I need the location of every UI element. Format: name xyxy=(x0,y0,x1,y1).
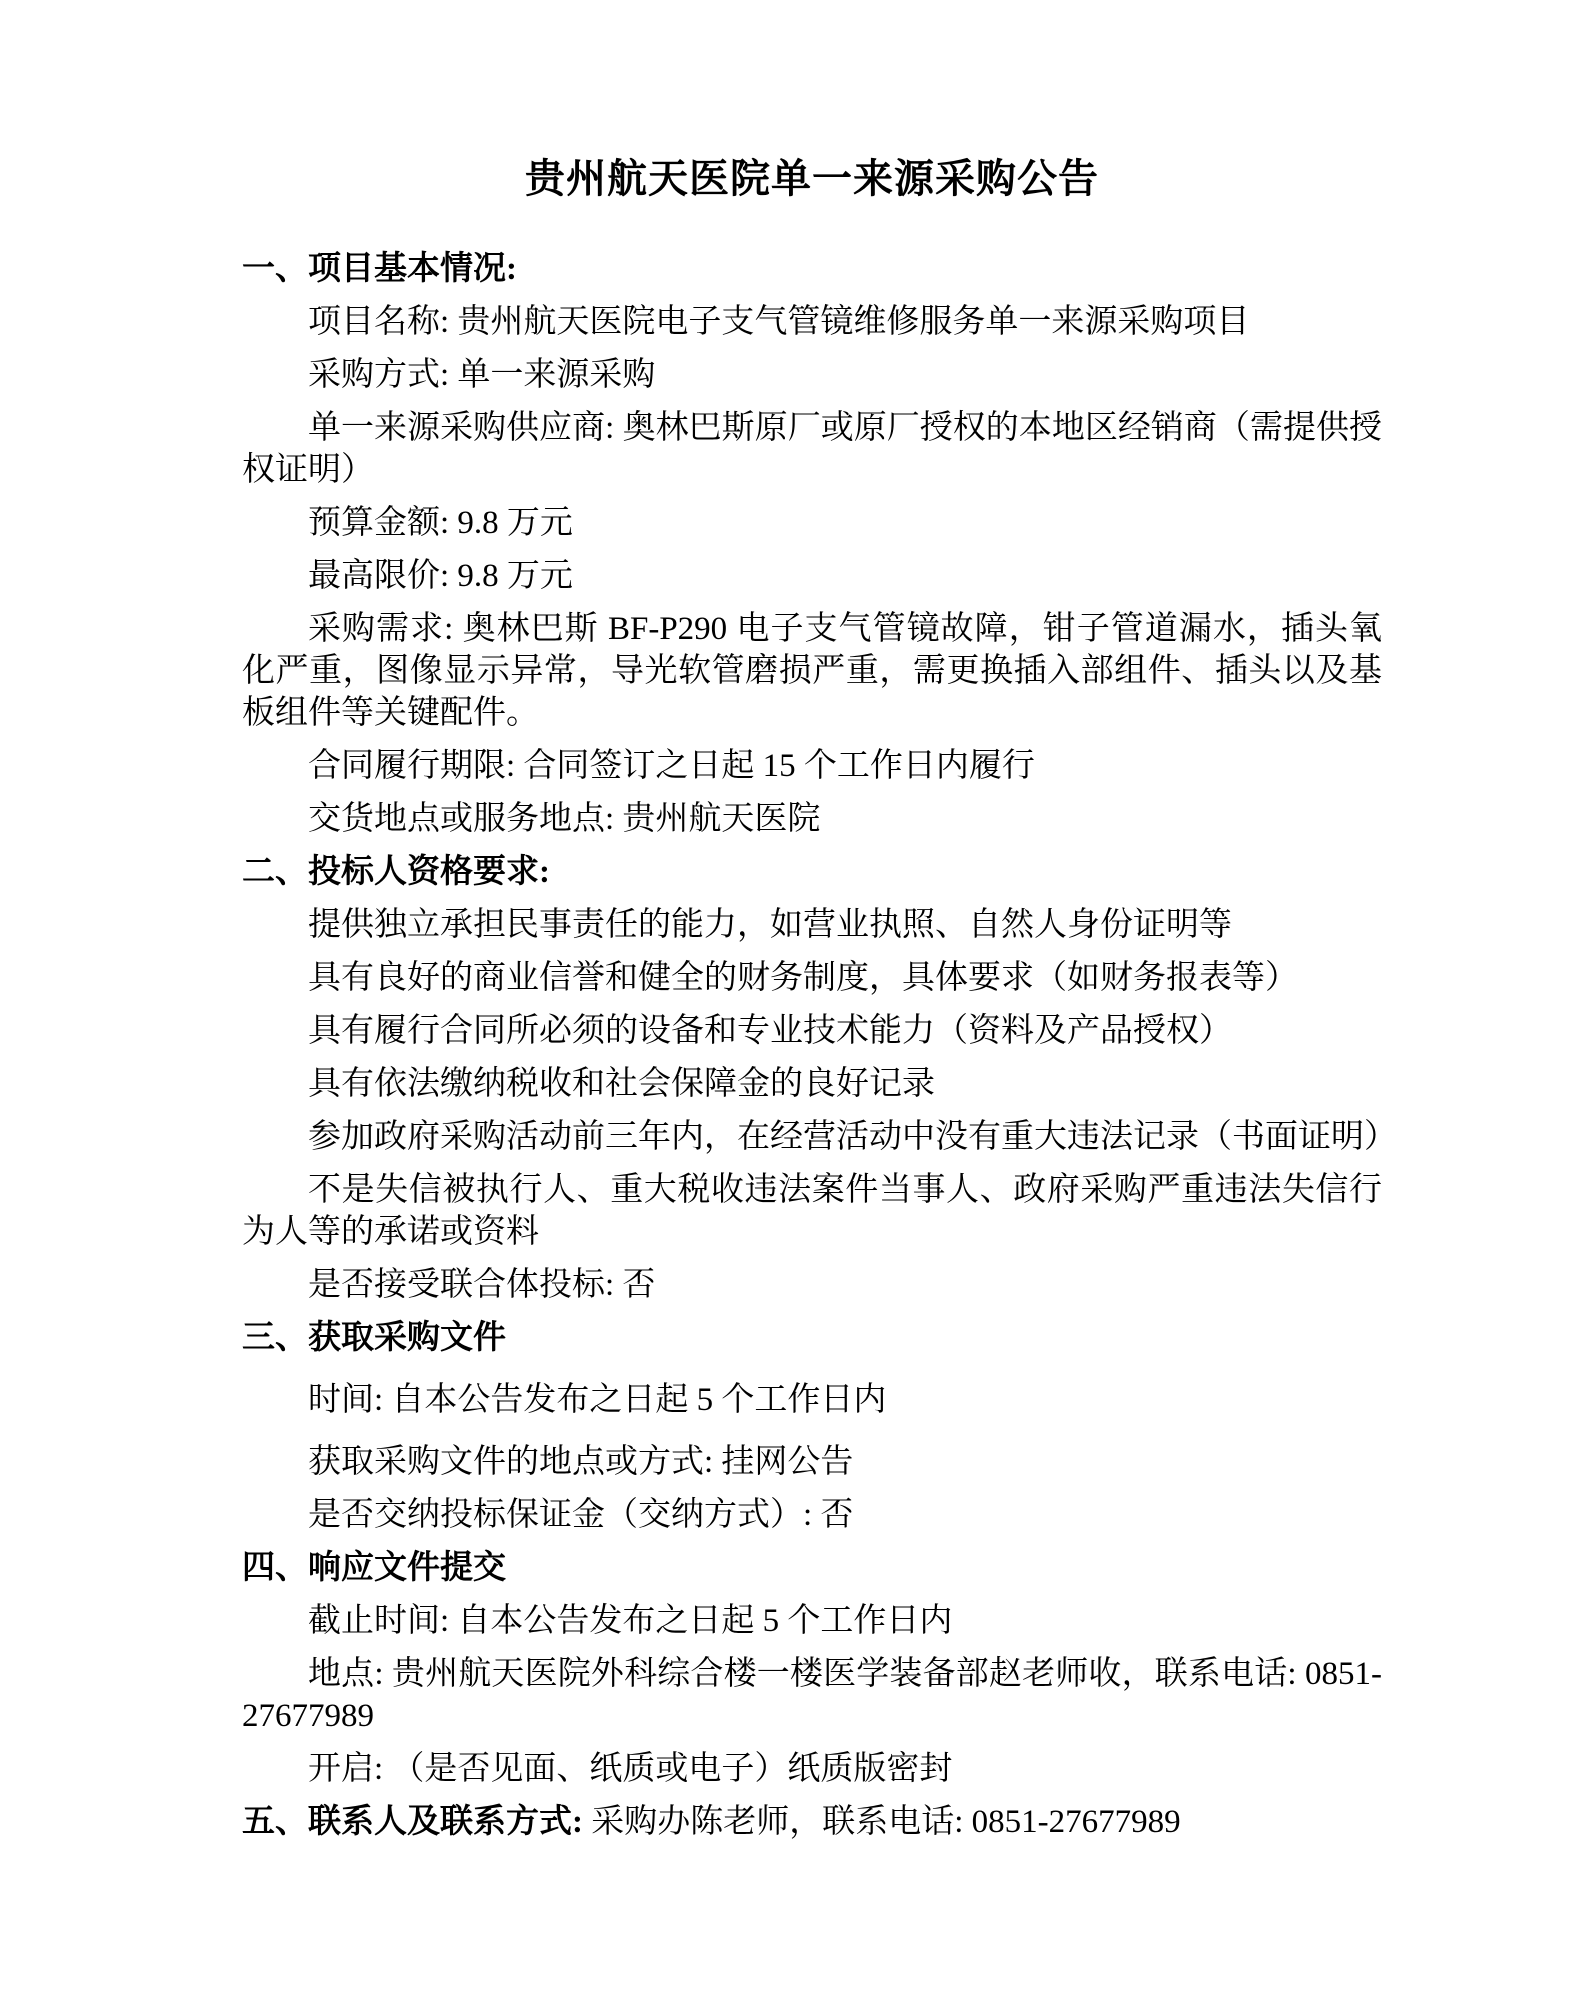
procurement-requirements-line: 采购需求: 奥林巴斯 BF-P290 电子支气管镜故障，钳子管道漏水，插头氧化严… xyxy=(242,608,1382,734)
qualification-equipment-line: 具有履行合同所必须的设备和专业技术能力（资料及产品授权） xyxy=(242,1010,1382,1052)
section-heading-text: 四、响应文件提交 xyxy=(242,1550,506,1586)
submission-location-line: 地点: 贵州航天医院外科综合楼一楼医学装备部赵老师收，联系电话: 0851-27… xyxy=(242,1653,1382,1737)
section-heading-project-info: 一、项目基本情况: xyxy=(242,248,1382,290)
contact-line: 五、联系人及联系方式: 采购办陈老师，联系电话: 0851-27677989 xyxy=(242,1801,1382,1843)
obtain-location-line: 获取采购文件的地点或方式: 挂网公告 xyxy=(242,1441,1382,1483)
section-heading-bidder-qualifications: 二、投标人资格要求: xyxy=(242,851,1382,893)
consortium-bidding-line: 是否接受联合体投标: 否 xyxy=(242,1264,1382,1306)
opening-method-line: 开启: （是否见面、纸质或电子）纸质版密封 xyxy=(242,1748,1382,1790)
qualification-no-violations-line: 参加政府采购活动前三年内，在经营活动中没有重大违法记录（书面证明） xyxy=(242,1116,1382,1158)
section-bidder-qualifications: 二、投标人资格要求: 提供独立承担民事责任的能力，如营业执照、自然人身份证明等 … xyxy=(242,851,1382,1306)
budget-amount-line: 预算金额: 9.8 万元 xyxy=(242,502,1382,544)
section-obtain-documents: 三、获取采购文件 时间: 自本公告发布之日起 5 个工作日内 获取采购文件的地点… xyxy=(242,1317,1382,1536)
section-heading-text: 三、获取采购文件 xyxy=(242,1320,506,1356)
submission-deadline-line: 截止时间: 自本公告发布之日起 5 个工作日内 xyxy=(242,1600,1382,1642)
contact-info: 采购办陈老师，联系电话: 0851-27677989 xyxy=(591,1804,1180,1840)
qualification-no-dishonesty-line: 不是失信被执行人、重大税收违法案件当事人、政府采购严重违法失信行为人等的承诺或资… xyxy=(242,1169,1382,1253)
obtain-time-line: 时间: 自本公告发布之日起 5 个工作日内 xyxy=(242,1379,1382,1421)
section-heading-text: 二、投标人资格要求: xyxy=(242,854,550,890)
contract-period-line: 合同履行期限: 合同签订之日起 15 个工作日内履行 xyxy=(242,745,1382,787)
document-title: 贵州航天医院单一来源采购公告 xyxy=(242,156,1382,202)
section-heading-text: 五、联系人及联系方式: xyxy=(242,1804,583,1840)
section-contact: 五、联系人及联系方式: 采购办陈老师，联系电话: 0851-27677989 xyxy=(242,1801,1382,1843)
section-project-info: 一、项目基本情况: 项目名称: 贵州航天医院电子支气管镜维修服务单一来源采购项目… xyxy=(242,248,1382,840)
qualification-tax-line: 具有依法缴纳税收和社会保障金的良好记录 xyxy=(242,1063,1382,1105)
section-heading-response-submission: 四、响应文件提交 xyxy=(242,1547,1382,1589)
section-heading-text: 一、项目基本情况: xyxy=(242,251,517,287)
procurement-method-line: 采购方式: 单一来源采购 xyxy=(242,354,1382,396)
section-heading-obtain-documents: 三、获取采购文件 xyxy=(242,1317,1382,1359)
section-response-submission: 四、响应文件提交 截止时间: 自本公告发布之日起 5 个工作日内 地点: 贵州航… xyxy=(242,1547,1382,1790)
project-name-line: 项目名称: 贵州航天医院电子支气管镜维修服务单一来源采购项目 xyxy=(242,301,1382,343)
qualification-financial-line: 具有良好的商业信誉和健全的财务制度，具体要求（如财务报表等） xyxy=(242,957,1382,999)
max-price-line: 最高限价: 9.8 万元 xyxy=(242,555,1382,597)
delivery-location-line: 交货地点或服务地点: 贵州航天医院 xyxy=(242,798,1382,840)
sole-source-supplier-line: 单一来源采购供应商: 奥林巴斯原厂或原厂授权的本地区经销商（需提供授权证明） xyxy=(242,407,1382,491)
qualification-civil-liability-line: 提供独立承担民事责任的能力，如营业执照、自然人身份证明等 xyxy=(242,904,1382,946)
bid-bond-line: 是否交纳投标保证金（交纳方式）: 否 xyxy=(242,1494,1382,1536)
document-page: 贵州航天医院单一来源采购公告 一、项目基本情况: 项目名称: 贵州航天医院电子支… xyxy=(0,0,1587,2016)
